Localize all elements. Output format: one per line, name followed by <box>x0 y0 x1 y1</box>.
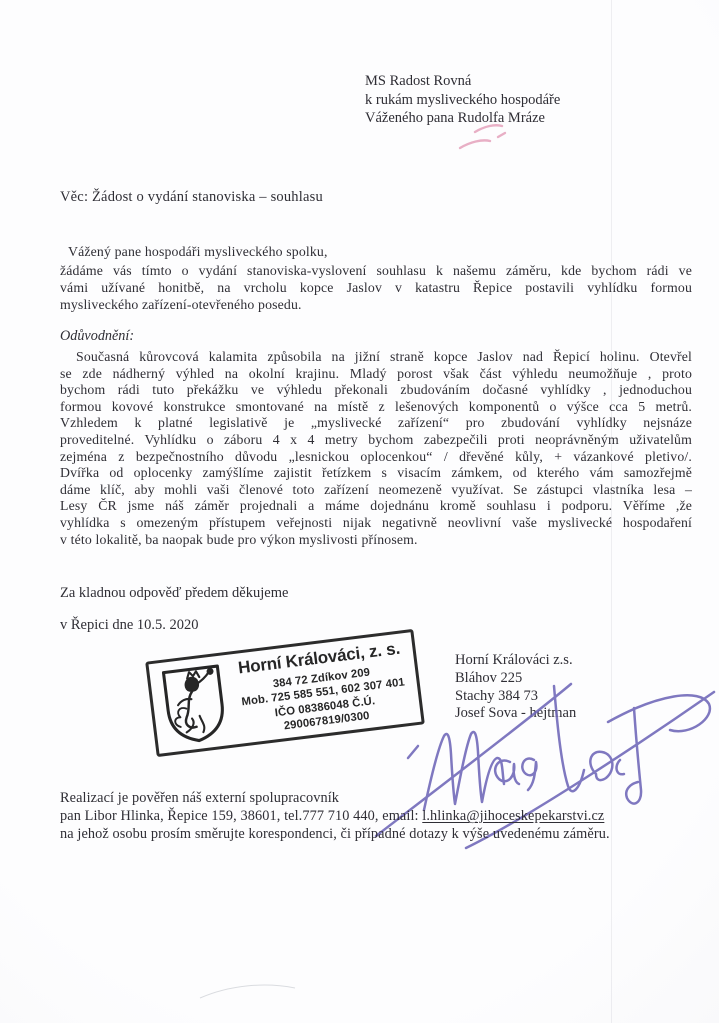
contact-line-2-text: pan Libor Hlinka, Řepice 159, 38601, tel… <box>60 808 422 824</box>
text-line: dáme klíč, aby mohli vaši členové toto z… <box>60 482 692 499</box>
place-and-date: v Řepici dne 10.5. 2020 <box>60 617 199 634</box>
text-line: k rukám mysliveckého hospodáře <box>365 91 560 110</box>
request-paragraph: žádáme vás tímto o vydání stanoviska-vys… <box>60 262 692 313</box>
justification-paragraph: Současná kůrovcová kalamita způsobila na… <box>60 349 692 548</box>
text-line: vyhlídka s omezeným přístupem veřejnosti… <box>60 515 692 532</box>
external-contact-block: Realizací je pověřen náš externí spolupr… <box>60 789 610 844</box>
scanned-letter-page: MS Radost Rovnák rukám mysliveckého hosp… <box>0 0 719 1023</box>
text-line: Bláhov 225 <box>455 670 576 688</box>
pink-pen-strokes <box>460 125 505 148</box>
text-line: MS Radost Rovná <box>365 72 560 91</box>
sender-address-block: Horní Králováci z.s.Bláhov 225Stachy 384… <box>455 652 576 723</box>
pink-pen-mark <box>440 116 530 166</box>
stamp-text: Horní Králováci, z. s. 384 72 Zdíkov 209… <box>228 637 417 739</box>
text-line: žádáme vás tímto o vydání stanoviska-vys… <box>60 262 692 279</box>
text-line: proveditelné. Vyhlídku o záboru 4 x 4 me… <box>60 432 692 449</box>
contact-line-3: na jehož osobu prosím směrujte korespond… <box>60 825 610 843</box>
contact-line-2: pan Libor Hlinka, Řepice 159, 38601, tel… <box>60 807 610 825</box>
lion-coat-of-arms-icon <box>155 658 235 750</box>
text-line: vámi užívané honitbě, na vrcholu kopce J… <box>60 279 692 296</box>
closing-thanks: Za kladnou odpověď předem děkujeme <box>60 585 288 602</box>
contact-line-1: Realizací je pověřen náš externí spolupr… <box>60 789 610 807</box>
subject-line: Věc: Žádost o vydání stanoviska – souhla… <box>60 189 323 206</box>
text-line: Dvířka od oplocenky zamýšlíme zajistit ř… <box>60 465 692 482</box>
text-line: Lesy ČR jsme náš záměr projednali a máme… <box>60 498 692 515</box>
text-line: bychom rádi tuto překážku ve výhledu pře… <box>60 382 692 399</box>
contact-email: l.hlinka@jihoceskepekarstvi.cz <box>422 808 604 824</box>
text-line: Současná kůrovcová kalamita způsobila na… <box>60 349 692 366</box>
faint-scan-smudge <box>195 978 305 1004</box>
text-line: mysliveckého zařízení-otevřeného posedu. <box>60 296 692 313</box>
justification-heading: Odůvodnění: <box>60 328 134 345</box>
salutation: Vážený pane hospodáři mysliveckého spolk… <box>60 244 700 260</box>
text-line: Vzhledem k platné legislativě je „mysliv… <box>60 415 692 432</box>
text-line: zejména z bezpečnostního důvodu „lesnick… <box>60 449 692 466</box>
text-line: formou kovové konstrukce smontované na m… <box>60 399 692 416</box>
text-line: v této lokalitě, ba naopak bude pro výko… <box>60 532 692 549</box>
rubber-stamp: Horní Králováci, z. s. 384 72 Zdíkov 209… <box>145 629 425 757</box>
text-line: se zde nádherný výhled na okolní krajinu… <box>60 366 692 383</box>
text-line: Josef Sova - hejtman <box>455 705 576 723</box>
text-line: Horní Králováci z.s. <box>455 652 576 670</box>
text-line: Stachy 384 73 <box>455 688 576 706</box>
